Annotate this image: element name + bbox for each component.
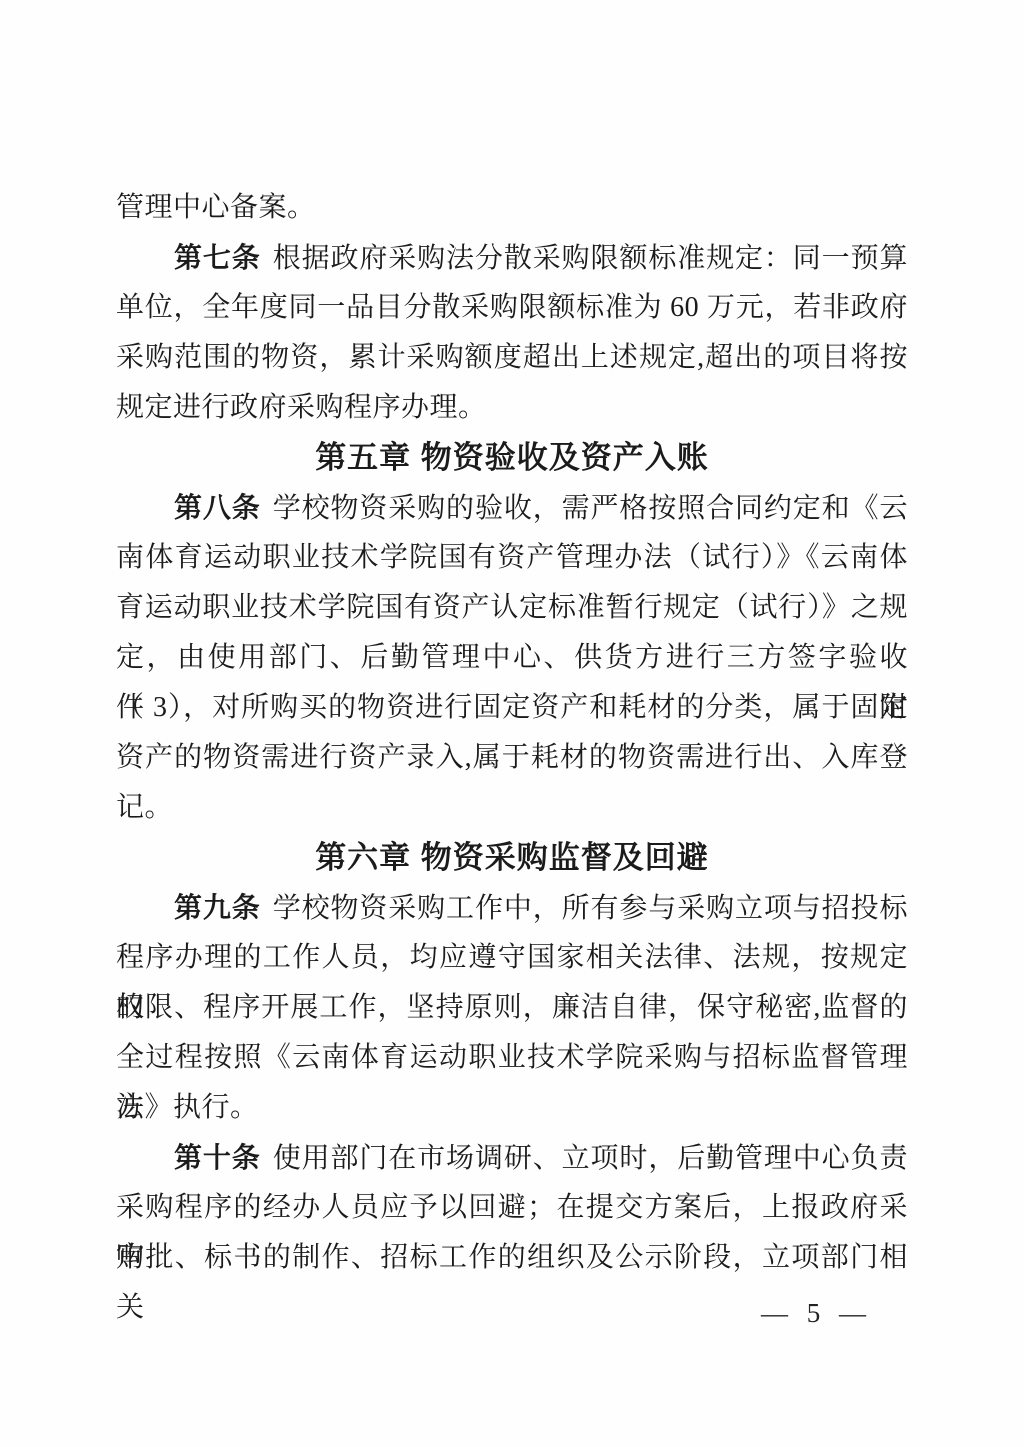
text-line: 法》执行。: [116, 1083, 908, 1133]
text-line: 定，由使用部门、后勤管理中心、供货方进行三方签字验收（附: [116, 633, 908, 683]
text-line: 权限、程序开展工作，坚持原则，廉洁自律，保守秘密,监督的: [116, 983, 908, 1033]
text-line: 第八条学校物资采购的验收，需严格按照合同约定和《云: [116, 483, 908, 533]
text-line: 管理中心备案。: [116, 183, 908, 233]
text-line: 资产的物资需进行资产录入,属于耗材的物资需进行出、入库登: [116, 733, 908, 783]
chapter-heading: 第六章 物资采购监督及回避: [116, 833, 908, 883]
text-line: 采购范围的物资，累计采购额度超出上述规定,超出的项目将按: [116, 333, 908, 383]
document-text-block: 管理中心备案。第七条根据政府采购法分散采购限额标准规定：同一预算单位，全年度同一…: [116, 183, 908, 1283]
text-line: 记。: [116, 783, 908, 833]
document-page: 管理中心备案。第七条根据政府采购法分散采购限额标准规定：同一预算单位，全年度同一…: [0, 0, 1024, 1447]
text-line: 南体育运动职业技术学院国有资产管理办法（试行）》《云南体: [116, 533, 908, 583]
text-line: 第九条学校物资采购工作中，所有参与采购立项与招投标: [116, 883, 908, 933]
article-number: 第九条: [174, 892, 261, 923]
text-line: 程序办理的工作人员，均应遵守国家相关法律、法规，按规定的: [116, 933, 908, 983]
article-number: 第七条: [174, 242, 261, 273]
text-line: 育运动职业技术学院国有资产认定标准暂行规定（试行）》之规: [116, 583, 908, 633]
text-line: 全过程按照《云南体育运动职业技术学院采购与招标监督管理方: [116, 1033, 908, 1083]
chapter-heading: 第五章 物资验收及资产入账: [116, 433, 908, 483]
text-line: 审批、标书的制作、招标工作的组织及公示阶段，立项部门相关: [116, 1233, 908, 1283]
text-line: 件 3），对所购买的物资进行固定资产和耗材的分类，属于固定: [116, 683, 908, 733]
text-line: 第十条使用部门在市场调研、立项时，后勤管理中心负责: [116, 1133, 908, 1183]
text-line: 规定进行政府采购程序办理。: [116, 383, 908, 433]
text-line: 采购程序的经办人员应予以回避；在提交方案后，上报政府采购: [116, 1183, 908, 1233]
article-number: 第八条: [174, 492, 261, 523]
text-line: 第七条根据政府采购法分散采购限额标准规定：同一预算: [116, 233, 908, 283]
text-line: 单位，全年度同一品目分散采购限额标准为 60 万元，若非政府: [116, 283, 908, 333]
article-number: 第十条: [174, 1142, 261, 1173]
page-number: — 5 —: [0, 1288, 1024, 1338]
